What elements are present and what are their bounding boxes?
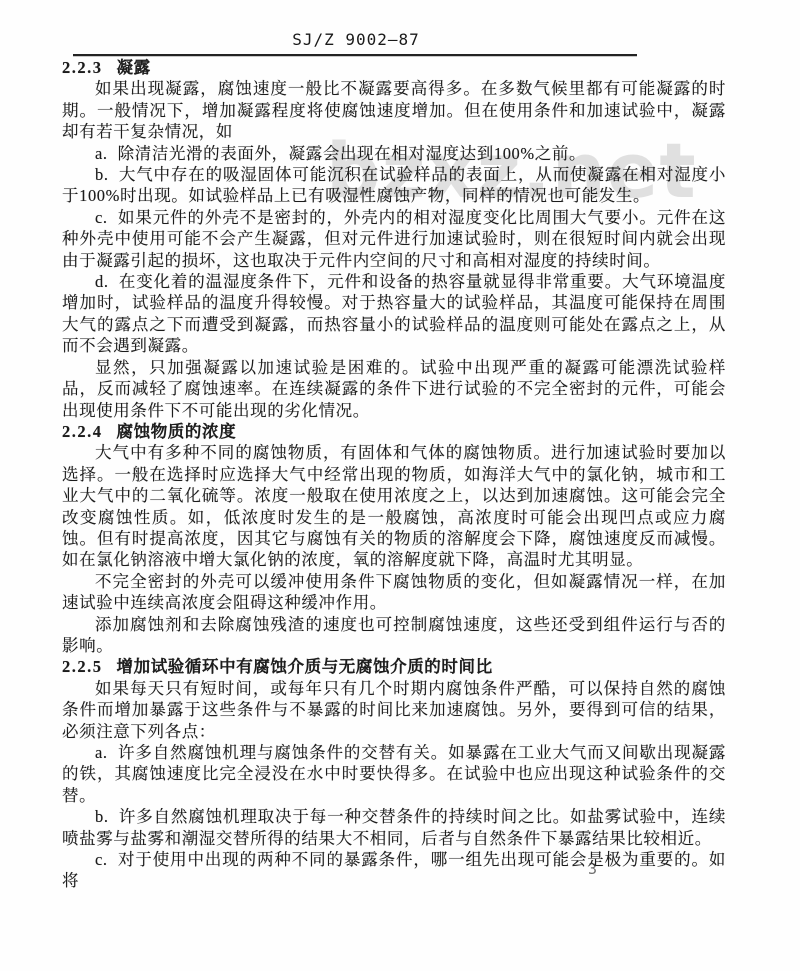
paragraph: 添加腐蚀剂和去除腐蚀残渣的速度也可控制腐蚀速度，这些还受到组件运行与否的影响。: [62, 614, 726, 657]
paragraph-text: 许多自然腐蚀机理与腐蚀条件的交替有关。如暴露在工业大气而又间歇出现凝露的铁，其腐…: [62, 743, 726, 805]
paragraph-text: 许多自然腐蚀机理取决于每一种交替条件的持续时间之比。如盐雾试验中，连续喷盐雾与盐…: [62, 807, 726, 847]
paragraph-text: 不完全密封的外壳可以缓冲使用条件下腐蚀物质的变化，但如凝露情况一样，在加速试验中…: [62, 572, 726, 612]
paragraph: 大气中有多种不同的腐蚀物质，有固体和气体的腐蚀物质。进行加速试验时要加以选择。一…: [62, 442, 726, 570]
list-item-label: d.: [95, 272, 109, 291]
paragraph-text: 在变化着的温湿度条件下，元件和设备的热容量就显得非常重要。大气环境温度增加时，试…: [62, 272, 726, 355]
list-item-label: c.: [95, 850, 108, 869]
list-item: b.许多自然腐蚀机理取决于每一种交替条件的持续时间之比。如盐雾试验中，连续喷盐雾…: [62, 806, 726, 849]
list-item-label: b.: [95, 165, 109, 184]
paragraph-text: 大气中存在的吸湿固体可能沉积在试验样品的表面上，从而使凝露在相对湿度小于100%…: [62, 165, 726, 205]
section-heading: 2.2.5增加试验循环中有腐蚀介质与无腐蚀介质的时间比: [62, 656, 726, 677]
paragraph: 如果每天只有短时间，或每年只有几个时期内腐蚀条件严酷，可以保持自然的腐蚀条件而增…: [62, 678, 726, 742]
section-title: 腐蚀物质的浓度: [117, 422, 237, 441]
document-number-header: SJ/Z 9002—87: [246, 30, 466, 49]
document-body: 2.2.3凝露如果出现凝露，腐蚀速度一般比不凝露要高得多。在多数气候里都有可能凝…: [62, 57, 726, 892]
paragraph: 显然，只加强凝露以加速试验是困难的。试验中出现严重的凝露可能漂洗试验样品，反而减…: [62, 357, 726, 421]
section-number: 2.2.5: [62, 657, 103, 676]
list-item: c.如果元件的外壳不是密封的，外壳内的相对湿度变化比周围大气要小。元件在这种外壳…: [62, 207, 726, 271]
paragraph-text: 添加腐蚀剂和去除腐蚀残渣的速度也可控制腐蚀速度，这些还受到组件运行与否的影响。: [62, 615, 726, 655]
section-heading: 2.2.4腐蚀物质的浓度: [62, 421, 726, 442]
paragraph-text: 大气中有多种不同的腐蚀物质，有固体和气体的腐蚀物质。进行加速试验时要加以选择。一…: [62, 443, 726, 569]
section-heading: 2.2.3凝露: [62, 57, 726, 78]
list-item: d.在变化着的温湿度条件下，元件和设备的热容量就显得非常重要。大气环境温度增加时…: [62, 271, 726, 357]
list-item-label: a.: [95, 743, 108, 762]
list-item: a.除清洁光滑的表面外，凝露会出现在相对湿度达到100%之前。: [62, 143, 726, 164]
paragraph-text: 如果出现凝露，腐蚀速度一般比不凝露要高得多。在多数气候里都有可能凝露的时期。一般…: [62, 79, 726, 141]
list-item-label: c.: [95, 208, 108, 227]
header-divider-rule: [73, 54, 637, 56]
list-item-label: a.: [95, 144, 108, 163]
list-item-label: b.: [95, 807, 109, 826]
list-item: c.对于使用中出现的两种不同的暴露条件，哪一组先出现可能会是极为重要的。如将: [62, 849, 726, 892]
section-number: 2.2.4: [62, 422, 103, 441]
paragraph: 如果出现凝露，腐蚀速度一般比不凝露要高得多。在多数气候里都有可能凝露的时期。一般…: [62, 78, 726, 142]
list-item: a.许多自然腐蚀机理与腐蚀条件的交替有关。如暴露在工业大气而又间歇出现凝露的铁，…: [62, 742, 726, 806]
list-item: b.大气中存在的吸湿固体可能沉积在试验样品的表面上，从而使凝露在相对湿度小于10…: [62, 164, 726, 207]
paragraph-text: 如果每天只有短时间，或每年只有几个时期内腐蚀条件严酷，可以保持自然的腐蚀条件而增…: [62, 679, 726, 741]
document-page: SJ/Z 9002—87 bzxz.net 2.2.3凝露如果出现凝露，腐蚀速度…: [0, 0, 800, 971]
paragraph-text: 显然，只加强凝露以加速试验是困难的。试验中出现严重的凝露可能漂洗试验样品，反而减…: [62, 358, 726, 420]
paragraph-text: 如果元件的外壳不是密封的，外壳内的相对湿度变化比周围大气要小。元件在这种外壳中使…: [62, 208, 726, 270]
paragraph-text: 对于使用中出现的两种不同的暴露条件，哪一组先出现可能会是极为重要的。如将: [62, 850, 726, 890]
section-number: 2.2.3: [62, 58, 103, 77]
paragraph-text: 除清洁光滑的表面外，凝露会出现在相对湿度达到100%之前。: [118, 144, 586, 163]
section-title: 增加试验循环中有腐蚀介质与无腐蚀介质的时间比: [117, 657, 493, 676]
paragraph: 不完全密封的外壳可以缓冲使用条件下腐蚀物质的变化，但如凝露情况一样，在加速试验中…: [62, 571, 726, 614]
section-title: 凝露: [117, 58, 151, 77]
